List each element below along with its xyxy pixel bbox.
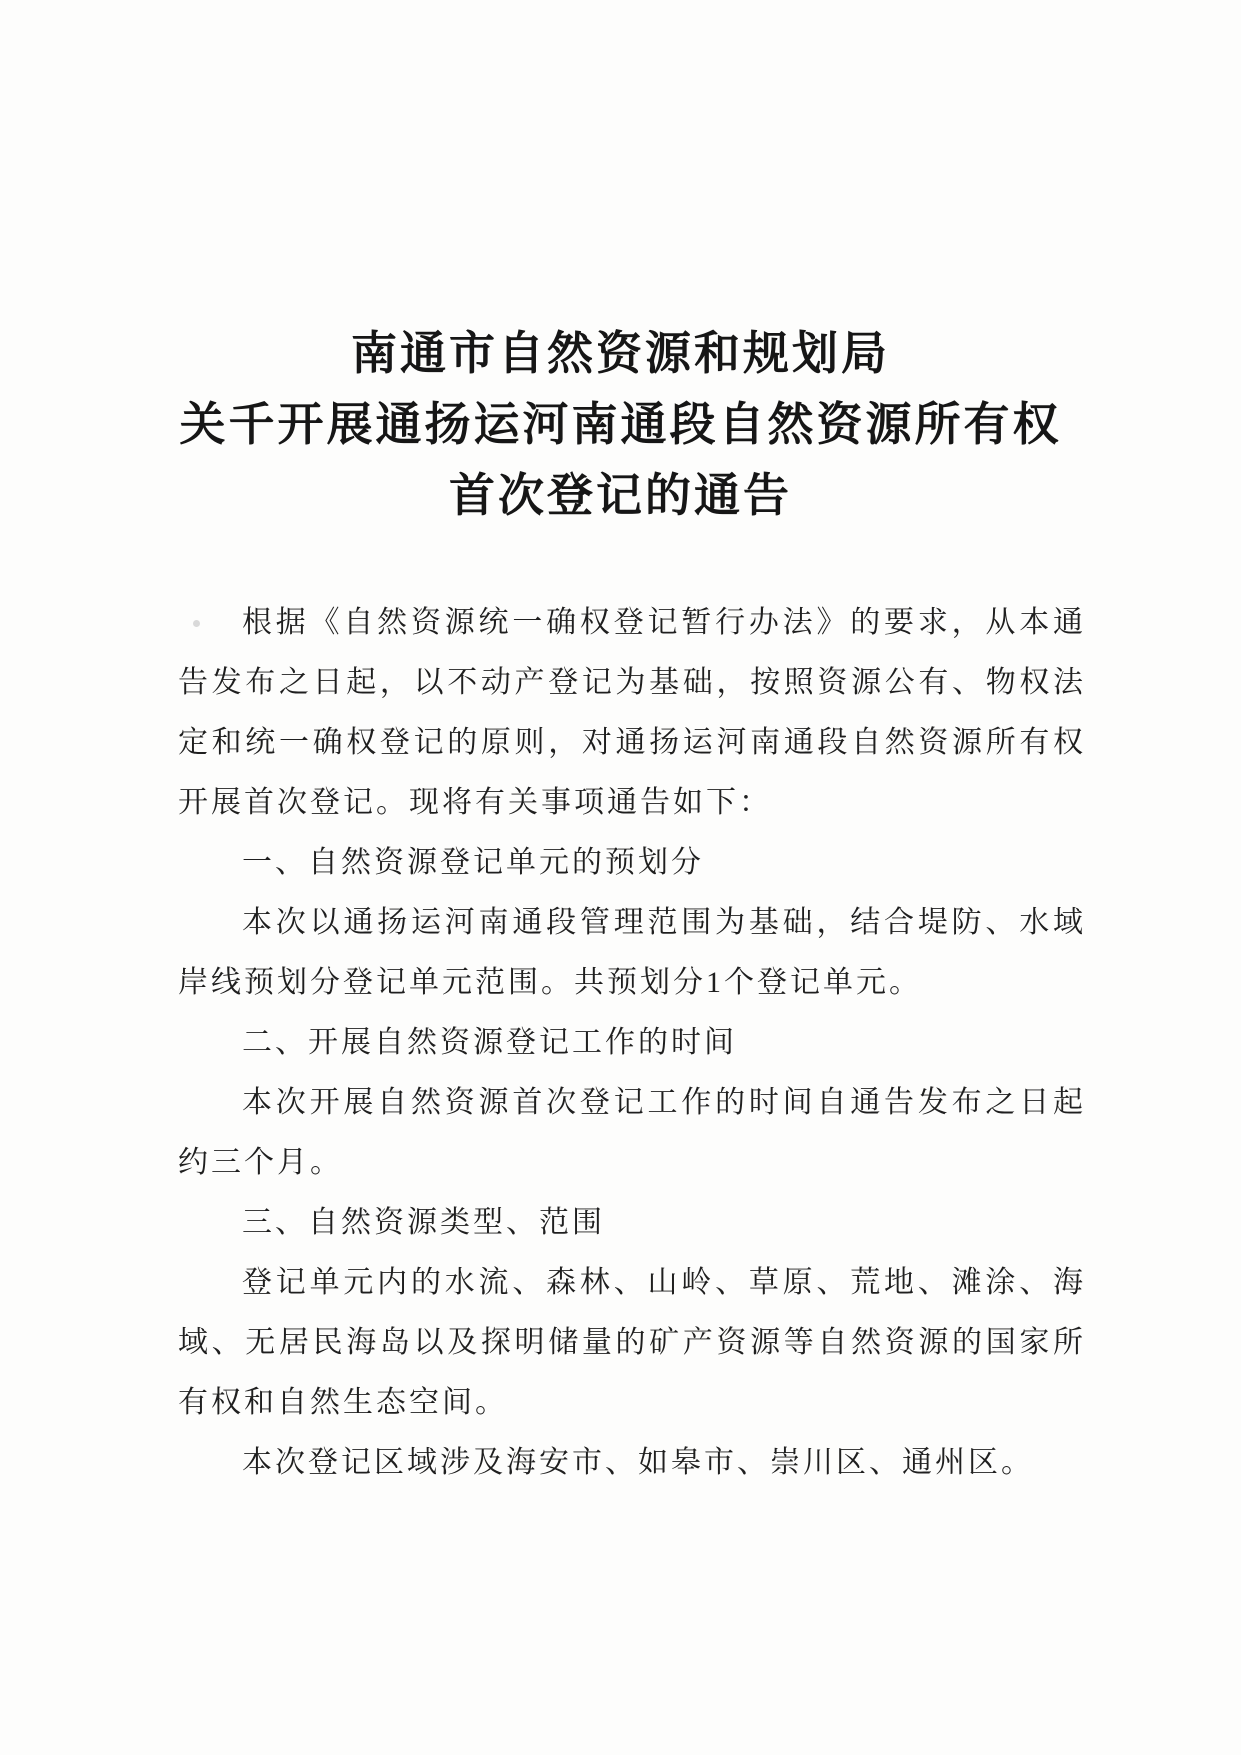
section-heading-3: 三、自然资源类型、范围: [178, 1193, 1086, 1253]
paragraph-section-2: 本次开展自然资源首次登记工作的时间自通告发布之日起约三个月。: [178, 1073, 1086, 1193]
section-heading-2: 二、开展自然资源登记工作的时间: [178, 1013, 1086, 1073]
scan-artifact: [193, 620, 200, 627]
paragraph-section-1: 本次以通扬运河南通段管理范围为基础，结合堤防、水域岸线预划分登记单元范围。共预划…: [178, 893, 1086, 1013]
section-heading-1: 一、自然资源登记单元的预划分: [178, 833, 1086, 893]
scanned-document-page: 南通市自然资源和规划局 关千开展通扬运河南通段自然资源所有权 首次登记的通告 根…: [0, 0, 1241, 1755]
title-line-2: 关千开展通扬运河南通段自然资源所有权: [0, 389, 1241, 460]
title-line-1: 南通市自然资源和规划局: [0, 318, 1241, 389]
paragraph-section-3b: 本次登记区域涉及海安市、如皋市、崇川区、通州区。: [178, 1433, 1086, 1493]
document-title: 南通市自然资源和规划局 关千开展通扬运河南通段自然资源所有权 首次登记的通告: [0, 318, 1241, 531]
document-body: 根据《自然资源统一确权登记暂行办法》的要求，从本通告发布之日起，以不动产登记为基…: [178, 593, 1086, 1493]
paragraph-intro: 根据《自然资源统一确权登记暂行办法》的要求，从本通告发布之日起，以不动产登记为基…: [178, 593, 1086, 833]
title-line-3: 首次登记的通告: [0, 460, 1241, 531]
paragraph-section-3a: 登记单元内的水流、森林、山岭、草原、荒地、滩涂、海域、无居民海岛以及探明储量的矿…: [178, 1253, 1086, 1433]
